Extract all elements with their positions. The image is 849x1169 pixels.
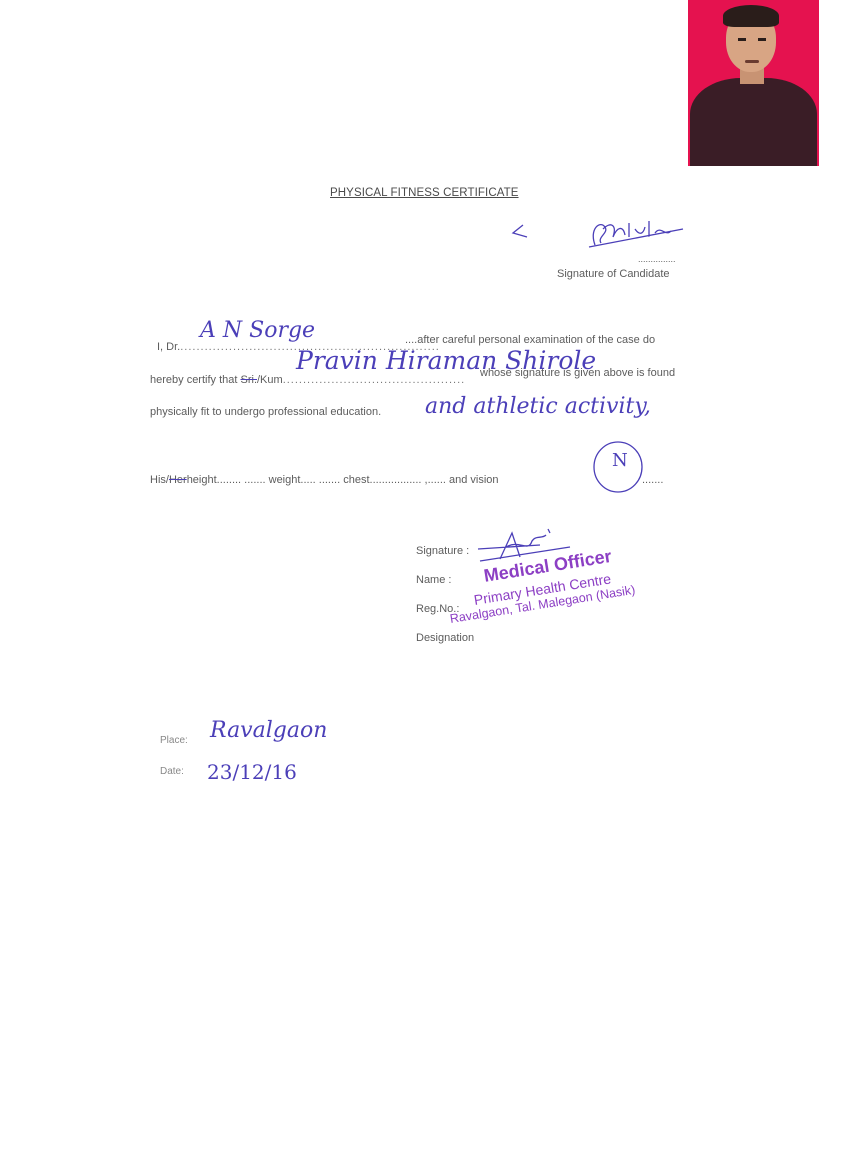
vision-label: ...... and vision [428, 474, 499, 486]
date-handwritten: 23/12/16 [207, 760, 297, 784]
vision-blank-end: ....... [642, 474, 663, 486]
officer-designation-label: Designation [416, 632, 474, 644]
cert-line2: hereby certify that Sri./Kum............… [150, 374, 465, 386]
candidate-signature-scrawl [505, 215, 690, 255]
doctor-name-handwritten: A N Sorge [200, 318, 315, 343]
photo-hair [723, 5, 779, 27]
weight-field: weight..... ...... [269, 474, 337, 486]
candidate-photo [688, 0, 819, 166]
chest-field: . chest................. , [337, 474, 427, 486]
photo-mouth [745, 60, 759, 63]
vision-handwritten: N [612, 450, 628, 471]
candidate-signature-label: Signature of Candidate [557, 268, 670, 280]
certificate-title: PHYSICAL FITNESS CERTIFICATE [330, 187, 519, 199]
cert-line4-struck-her: Her [169, 474, 187, 486]
cert-line1-suffix: ....after careful personal examination o… [405, 334, 655, 346]
place-handwritten: Ravalgaon [210, 718, 327, 743]
cert-line3: physically fit to undergo professional e… [150, 406, 381, 418]
cert-line1-label: I, Dr. [157, 341, 180, 353]
photo-shirt [690, 78, 817, 166]
cert-line4-his: His/ [150, 474, 169, 486]
date-label: Date: [160, 766, 184, 777]
cert-line2-struck-title: Sri. [241, 374, 258, 386]
height-field: height........ ....... [187, 474, 266, 486]
photo-eye-left [738, 38, 746, 41]
candidate-signature-dots: ............... [638, 254, 676, 264]
cert-line2-suffix: whose signature is given above is found [480, 367, 675, 379]
officer-name-label: Name : [416, 574, 451, 586]
photo-eye-right [758, 38, 766, 41]
candidate-name-blank: ........................................… [283, 374, 466, 386]
additional-activity-handwritten: and athletic activity, [425, 394, 651, 419]
cert-line4: His/Herheight........ ....... weight....… [150, 474, 499, 486]
officer-signature-label: Signature : [416, 545, 469, 557]
place-label: Place: [160, 735, 188, 746]
cert-line2-prefix: hereby certify that [150, 374, 237, 386]
cert-line2-kum: /Kum [257, 374, 283, 386]
